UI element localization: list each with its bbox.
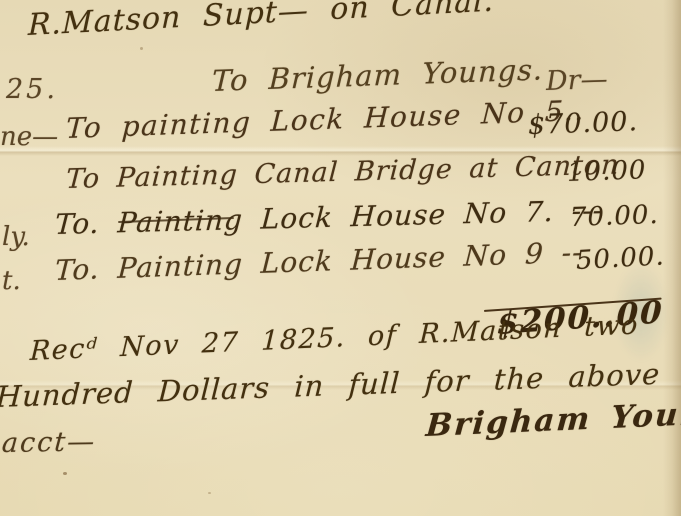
item-row-3-amount: 70.00.: [569, 200, 659, 233]
account-title-line: To Brigham Youngs.: [211, 52, 544, 98]
date-fragment: 25.: [6, 74, 58, 105]
scanned-receipt-document: R.Matson Supt— on Canal. 25. To Brigham …: [0, 0, 681, 516]
paper-fox-spot: [140, 47, 143, 50]
addressee-line: R.Matson Supt— on Canal.: [28, 0, 495, 43]
paper-right-edge-shade: [663, 0, 681, 516]
signature-brigham-young: Brigham Young: [425, 395, 681, 444]
paper-fox-spot: [63, 472, 67, 475]
item-row-4-amount: 50.00.: [575, 241, 665, 276]
item-row-1-description: To painting Lock House No 5..: [65, 94, 586, 145]
item-row-2-amount: 10.00: [566, 155, 646, 188]
item-row-4-margin: t.: [2, 266, 21, 296]
item-row-4-description: To. Painting Lock House No 9 --: [54, 236, 583, 288]
item-row-1-amount: $70.00.: [527, 106, 638, 141]
debit-abbreviation: Dr—: [545, 64, 608, 97]
receipt-statement-line-3: acct—: [1, 426, 97, 459]
item-row-1-margin: ne—: [0, 122, 58, 152]
paper-fox-spot: [208, 492, 211, 494]
receipt-statement-line-1: Recᵈ Nov 27 1825. of R.Matson two: [29, 309, 639, 367]
item-row-3-margin: ly.: [2, 222, 30, 252]
item-row-3-description: To. Painting Lock House No 7. ---: [54, 194, 604, 241]
item-row-2-description: To Painting Canal Bridge at Canton: [65, 149, 620, 195]
